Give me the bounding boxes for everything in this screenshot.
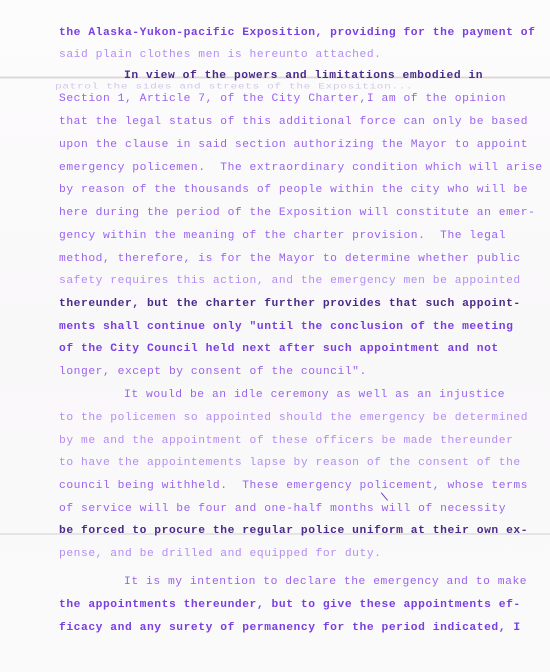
text-line: by me and the appointment of these offic… [59, 434, 513, 448]
text-line: pense, and be drilled and equipped for d… [59, 547, 382, 561]
text-line: the appointments thereunder, but to give… [59, 598, 521, 612]
text-line: gency within the meaning of the charter … [59, 229, 506, 243]
text-line: thereunder, but the charter further prov… [59, 297, 521, 311]
text-line: to the policemen so appointed should the… [59, 411, 528, 425]
text-line: said plain clothes men is hereunto attac… [59, 48, 382, 62]
document-page: patrol the sides and streets of the Expo… [0, 0, 550, 672]
text-line: upon the clause in said section authoriz… [59, 138, 528, 152]
text-line: It would be an idle ceremony as well as … [124, 388, 505, 402]
text-line: that the legal status of this additional… [59, 115, 528, 129]
text-line: here during the period of the Exposition… [59, 206, 535, 220]
text-line: of the City Council held next after such… [59, 342, 499, 356]
text-line: In view of the powers and limitations em… [124, 69, 483, 83]
text-line: the Alaska-Yukon-pacific Exposition, pro… [59, 26, 535, 40]
text-line: ficacy and any surety of permanency for … [59, 621, 521, 635]
text-line: ments shall continue only "until the con… [59, 320, 513, 334]
text-line: method, therefore, is for the Mayor to d… [59, 252, 521, 266]
text-line: to have the appointements lapse by reaso… [59, 456, 521, 470]
text-line: of service will be four and one-half mon… [59, 502, 506, 516]
text-line: It is my intention to declare the emerge… [124, 575, 527, 589]
text-line: longer, except by consent of the council… [59, 365, 367, 379]
text-line: Section 1, Article 7, of the City Charte… [59, 92, 506, 106]
bleed-through-text: patrol the sides and streets of the Expo… [55, 83, 413, 91]
text-line: emergency policemen. The extraordinary c… [59, 161, 543, 175]
text-line: safety requires this action, and the eme… [59, 274, 521, 288]
text-line: by reason of the thousands of people wit… [59, 183, 528, 197]
text-line: council being withheld. These emergency … [59, 479, 528, 493]
text-line: be forced to procure the regular police … [59, 524, 528, 538]
